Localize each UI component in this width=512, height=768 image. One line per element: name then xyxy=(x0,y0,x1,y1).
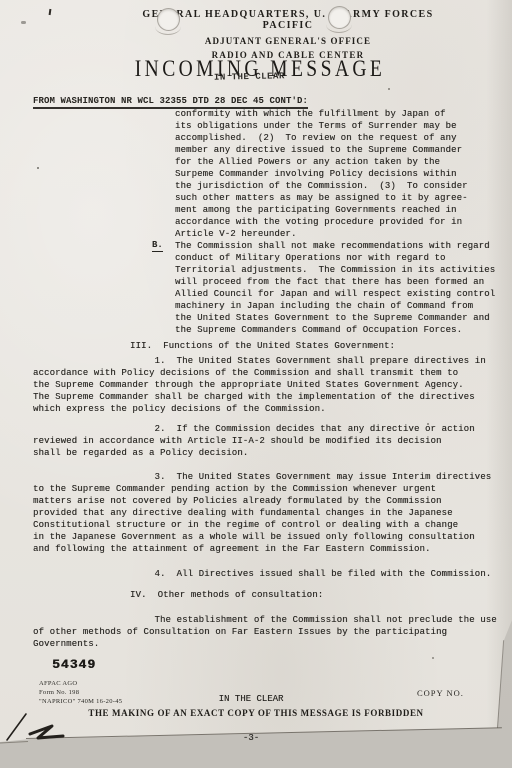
ink-speck-2 xyxy=(388,88,390,90)
punch-hole-right xyxy=(328,6,351,29)
paragraph-a: conformity with which the fulfillment by… xyxy=(175,108,468,240)
paragraph-2: 2. If the Commission decides that any di… xyxy=(33,423,475,459)
punch-hole-left xyxy=(157,8,180,31)
copy-no-label: COPY NO. xyxy=(417,688,464,698)
office-name: ADJUTANT GENERAL'S OFFICE xyxy=(118,36,458,46)
ink-speck-1 xyxy=(37,167,39,169)
handwritten-mark xyxy=(0,706,80,756)
form-info: AFPAC AGO Form No. 198 "NAPRICO" 740M 16… xyxy=(39,679,122,706)
in-the-clear-stamp: IN THE CLEAR xyxy=(214,71,285,82)
paragraph-b-label: B. xyxy=(152,240,163,252)
smudge-mark xyxy=(21,21,26,24)
page-number: -3- xyxy=(196,732,306,745)
footer-serial-number: 54349 xyxy=(52,657,96,672)
ink-speck-4 xyxy=(432,657,434,659)
paragraph-5: The establishment of the Commission shal… xyxy=(33,614,497,650)
paragraph-1: 1. The United States Government shall pr… xyxy=(33,355,486,415)
scan-background: GENERAL HEADQUARTERS, U. S. ARMY FORCES … xyxy=(0,0,512,768)
paragraph-3: 3. The United States Government may issu… xyxy=(33,471,491,555)
ink-speck-3 xyxy=(427,423,429,425)
section-iv-heading: IV. Other methods of consultation: xyxy=(130,590,323,600)
paragraph-4: 4. All Directives issued shall be filed … xyxy=(33,568,491,580)
footer-clear-text: IN THE CLEAR xyxy=(196,693,306,706)
section-iii-heading: III. Functions of the United States Gove… xyxy=(130,341,395,351)
paragraph-b: The Commission shall not make recommenda… xyxy=(175,240,495,336)
